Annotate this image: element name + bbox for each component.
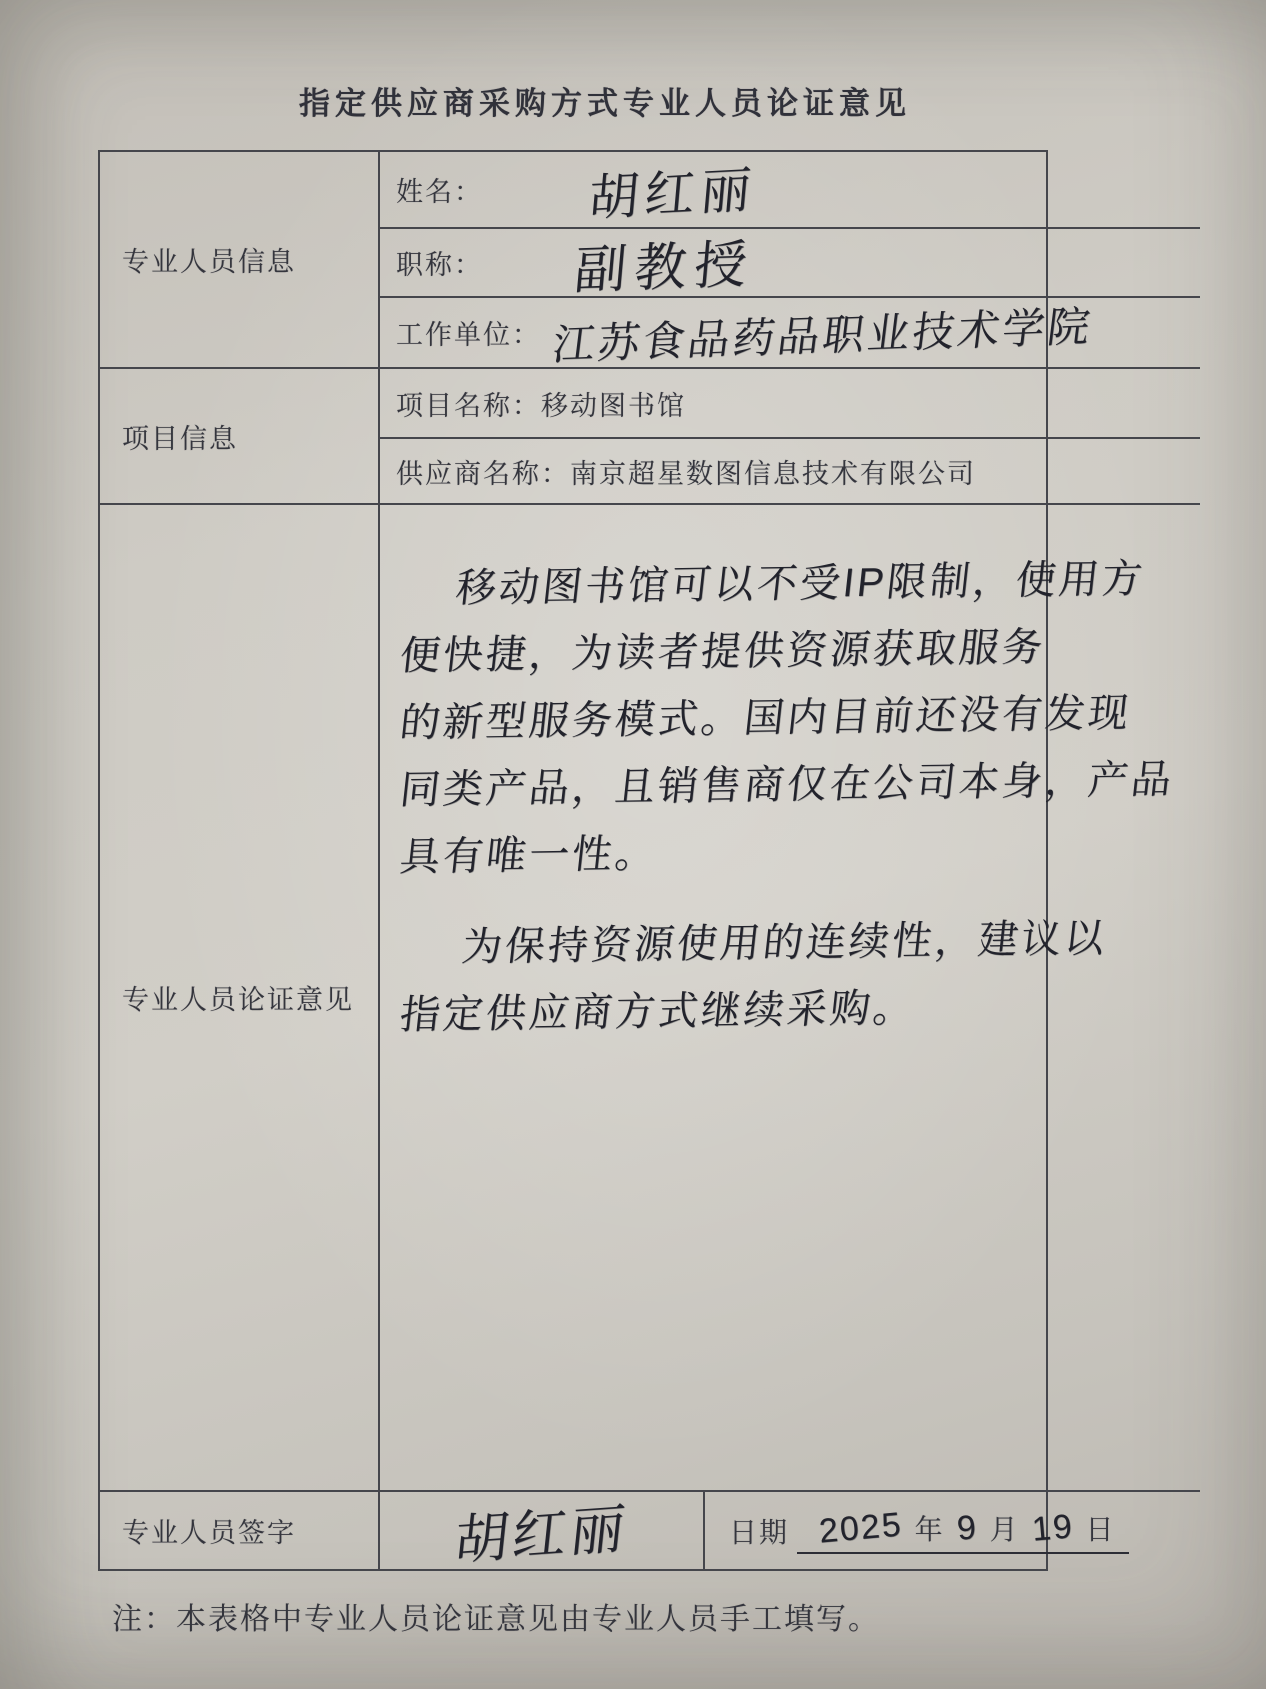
opinion-handwritten-text: 移动图书馆可以不受IP限制，使用方 便快捷，为读者提供资源获取服务 的新型服务模…: [380, 505, 1200, 1492]
supplier-name-field-label: 供应商名称：: [396, 452, 570, 491]
date-month-handwritten: 9: [955, 1508, 979, 1549]
photographed-paper-form: 指定供应商采购方式专业人员论证意见 专业人员信息 姓名： 胡红丽 职称： 副教授…: [0, 0, 1266, 1689]
supplier-name-row: 供应商名称： 南京超星数图信息技术有限公司: [380, 439, 1200, 505]
project-info-section-label: 项目信息: [100, 369, 380, 505]
title-row: 职称： 副教授: [380, 229, 1200, 298]
opinion-line: 为保持资源使用的连续性，建议以: [396, 905, 1177, 983]
date-year-handwritten: 2025: [817, 1505, 904, 1551]
opinion-line: 便快捷，为读者提供资源获取服务: [396, 613, 1177, 691]
signature-handwritten: 胡红丽: [451, 1486, 633, 1576]
supplier-name-value: 南京超星数图信息技术有限公司: [570, 452, 976, 491]
form-title: 指定供应商采购方式专业人员论证意见: [0, 78, 1210, 123]
project-name-row: 项目名称： 移动图书馆: [380, 369, 1200, 439]
name-handwritten-value: 胡红丽: [586, 149, 760, 230]
project-name-field-label: 项目名称：: [396, 384, 541, 423]
opinion-line: 指定供应商方式继续采购。: [396, 972, 1177, 1050]
signature-row: 专业人员签字 胡红丽 日期 2025 年 9 月 19 日: [100, 1492, 1200, 1569]
work-unit-row: 工作单位： 江苏食品药品职业技术学院: [380, 298, 1200, 369]
opinion-section-label: 专业人员论证意见: [100, 505, 380, 1492]
opinion-line: 同类产品，且销售商仅在公司本身，产品: [396, 747, 1177, 825]
form-table: 专业人员信息 姓名： 胡红丽 职称： 副教授 工作单位： 江苏食品药品职业技术学…: [98, 150, 1048, 1571]
date-day-handwritten: 19: [1030, 1507, 1075, 1549]
date-cell: 日期 2025 年 9 月 19 日: [705, 1492, 1200, 1569]
title-field-label: 职称：: [396, 243, 483, 282]
work-unit-field-label: 工作单位：: [396, 313, 541, 352]
date-field-label: 日期: [729, 1511, 789, 1551]
name-field-label: 姓名：: [396, 170, 483, 209]
footnote: 注：本表格中专业人员论证意见由专业人员手工填写。: [112, 1594, 880, 1638]
date-month-unit: 月: [990, 1508, 1020, 1548]
opinion-line: 移动图书馆可以不受IP限制，使用方: [396, 546, 1177, 624]
opinion-line: 具有唯一性。: [396, 814, 1177, 892]
opinion-line: 的新型服务模式。国内目前还没有发现: [396, 680, 1177, 758]
work-unit-handwritten-value: 江苏食品药品职业技术学院: [549, 293, 1096, 372]
date-filled-line: 2025 年 9 月 19 日: [797, 1508, 1129, 1554]
personnel-info-section-label: 专业人员信息: [100, 152, 380, 369]
project-name-value: 移动图书馆: [541, 384, 686, 423]
signature-section-label: 专业人员签字: [100, 1492, 380, 1569]
signature-label-text: 专业人员签字: [122, 1511, 296, 1550]
signature-cell: 胡红丽: [380, 1492, 705, 1569]
title-handwritten-value: 副教授: [572, 222, 758, 304]
date-day-unit: 日: [1085, 1508, 1115, 1548]
name-row: 姓名： 胡红丽: [380, 152, 1200, 229]
date-year-unit: 年: [915, 1508, 945, 1548]
